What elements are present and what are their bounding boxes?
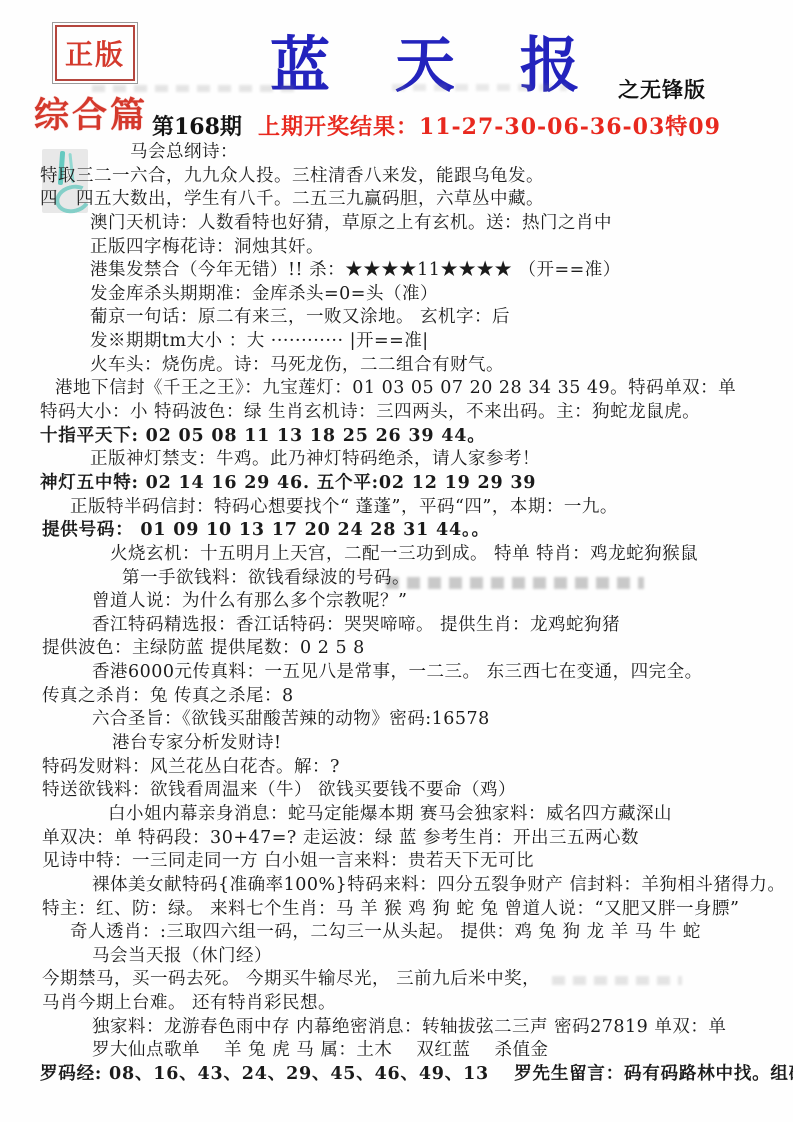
body-line-5: 正版四字梅花诗：洞烛其奸。 bbox=[0, 236, 793, 260]
scan-smudge bbox=[392, 84, 567, 91]
body-line-26: 港台专家分析发财诗! bbox=[0, 732, 793, 756]
body-line-16: 正版特半码信封：特码心想要找个“ 蓬蓬”，平码“四”，本期：一九。 bbox=[0, 496, 793, 520]
authentic-stamp-box: 正版 bbox=[55, 25, 135, 81]
authentic-stamp-label: 正版 bbox=[65, 33, 125, 73]
body-line-34: 奇人透肖：:三取四六组一码，二勾三一从头起。 提供：鸡 兔 狗 龙 羊 马 牛 … bbox=[0, 921, 793, 945]
body-line-35: 马会当天报（休门经） bbox=[0, 945, 793, 969]
body-line-30: 单双决：单 特码段：30+47=? 走运波：绿 蓝 参考生肖：开出三五两心数 bbox=[0, 827, 793, 851]
body-line-11: 港地下信封《千王之王》：九宝莲灯：01 03 05 07 20 28 34 35… bbox=[0, 377, 793, 401]
body-line-15: 神灯五中特: 02 14 16 29 46. 五个平:02 12 19 29 3… bbox=[0, 472, 793, 496]
body-line-23: 香港6000元传真料：一五见八是常事，一二三。 东三西七在变通，四完全。 bbox=[0, 661, 793, 685]
body-line-24: 传真之杀肖：兔 传真之杀尾：8 bbox=[0, 685, 793, 709]
body-line-1: 马会总纲诗： bbox=[0, 141, 793, 165]
body-line-3: 四 四五大数出，学生有八千。二五三九赢码胆，六草丛中藏。 bbox=[0, 188, 793, 212]
body-line-12: 特码大小：小 特码波色：绿 生肖玄机诗：三四两头，不来出码。主：狗蛇龙鼠虎。 bbox=[0, 401, 793, 425]
body-line-36: 今期禁马，买一码去死。 今期买牛输尽光， 三前九后米中奖， bbox=[0, 968, 793, 992]
body-line-9: 发※期期tm大小 ：大 ············ |开==准| bbox=[0, 330, 793, 354]
body-line-6: 港集发禁合（今年无错）!! 杀：★★★★11★★★★ （开==准） bbox=[0, 259, 793, 283]
body-line-10: 火车头：烧伤虎。诗：马死龙伤，二二组合有财气。 bbox=[0, 354, 793, 378]
body-line-37: 马肖今期上台难。 还有特肖彩民想。 bbox=[0, 992, 793, 1016]
body-line-32: 裸体美女献特码{准确率100%}特码来料：四分五裂争财产 信封料：羊狗相斗猪得力… bbox=[0, 874, 793, 898]
body-line-8: 葡京一句话：原二有来三，一败又涂地。 玄机字：后 bbox=[0, 306, 793, 330]
body-line-39: 罗大仙点歌单 羊 兔 虎 马 属：土木 双红蓝 杀值金 bbox=[0, 1039, 793, 1063]
body-line-14: 正版神灯禁支：牛鸡。此乃神灯特码绝杀，请人家参考！ bbox=[0, 448, 793, 472]
body-line-31: 见诗中特：一三同走同一方 白小姐一言来料：贵若天下无可比 bbox=[0, 850, 793, 874]
body-line-27: 特码发财料：风兰花丛白花杏。解：? bbox=[0, 756, 793, 780]
body-line-19: 第一手欲钱料：欲钱看绿波的号码。 bbox=[0, 567, 793, 591]
section-label: 综合篇 bbox=[34, 88, 148, 138]
body-line-33: 特主：红、防：绿。 来料七个生肖：马 羊 猴 鸡 狗 蛇 兔 曾道人说：“又肥又… bbox=[0, 898, 793, 922]
body-line-21: 香江特码精选报：香江话特码：哭哭啼啼。 提供生肖：龙鸡蛇狗猪 bbox=[0, 614, 793, 638]
body-line-22: 提供波色：主绿防蓝 提供尾数：0 2 5 8 bbox=[0, 637, 793, 661]
body-line-29: 白小姐内幕亲身消息：蛇马定能爆本期 赛马会独家料：威名四方藏深山 bbox=[0, 803, 793, 827]
body-line-40: 罗码经: 08、16、43、24、29、45、46、49、13 罗先生留言：码有… bbox=[0, 1063, 793, 1087]
body-line-2: 特取三二一六合，九九众人投。三柱清香八来发，能跟乌龟发。 bbox=[0, 165, 793, 189]
body-line-13: 十指平天下: 02 05 08 11 13 18 25 26 39 44。 bbox=[0, 425, 793, 449]
issue-number: 第168期 bbox=[152, 114, 242, 140]
scanned-lottery-sheet: { "header": { "stamp": "正版", "title": "蓝… bbox=[0, 0, 793, 1122]
body-line-18: 火烧玄机：十五明月上天宫，二配一三功到成。 特单 特肖：鸡龙蛇狗猴鼠 bbox=[0, 543, 793, 567]
body-text-block: 马会总纲诗：特取三二一六合，九九众人投。三柱清香八来发，能跟乌龟发。四 四五大数… bbox=[0, 141, 793, 1087]
edition-label: 之无锋版 bbox=[618, 74, 706, 104]
body-line-25: 六合圣旨：《欲钱买甜酸苦辣的动物》密码:16578 bbox=[0, 708, 793, 732]
body-line-38: 独家料：龙游春色雨中存 内幕绝密消息：转轴拔弦二三声 密码27819 单双：单 bbox=[0, 1016, 793, 1040]
issue-row: 第168期上期开奖结果：11-27-30-06-36-03特09 bbox=[152, 110, 721, 141]
body-line-20: 曾道人说：为什么有那么多个宗教呢？” bbox=[0, 590, 793, 614]
body-line-17: 提供号码： 01 09 10 13 17 20 24 28 31 44。。 bbox=[0, 519, 793, 543]
scan-smudge bbox=[92, 85, 302, 92]
body-line-4: 澳门天机诗：人数看特也好猜，草原之上有玄机。送：热门之肖中 bbox=[0, 212, 793, 236]
last-draw-result: 上期开奖结果：11-27-30-06-36-03特09 bbox=[258, 114, 721, 140]
page-title: 蓝 天 报 bbox=[270, 18, 570, 104]
body-line-7: 发金库杀头期期准：金库杀头=0=头（准） bbox=[0, 283, 793, 307]
body-line-28: 特送欲钱料：欲钱看周温来（牛） 欲钱买要钱不要命（鸡） bbox=[0, 779, 793, 803]
